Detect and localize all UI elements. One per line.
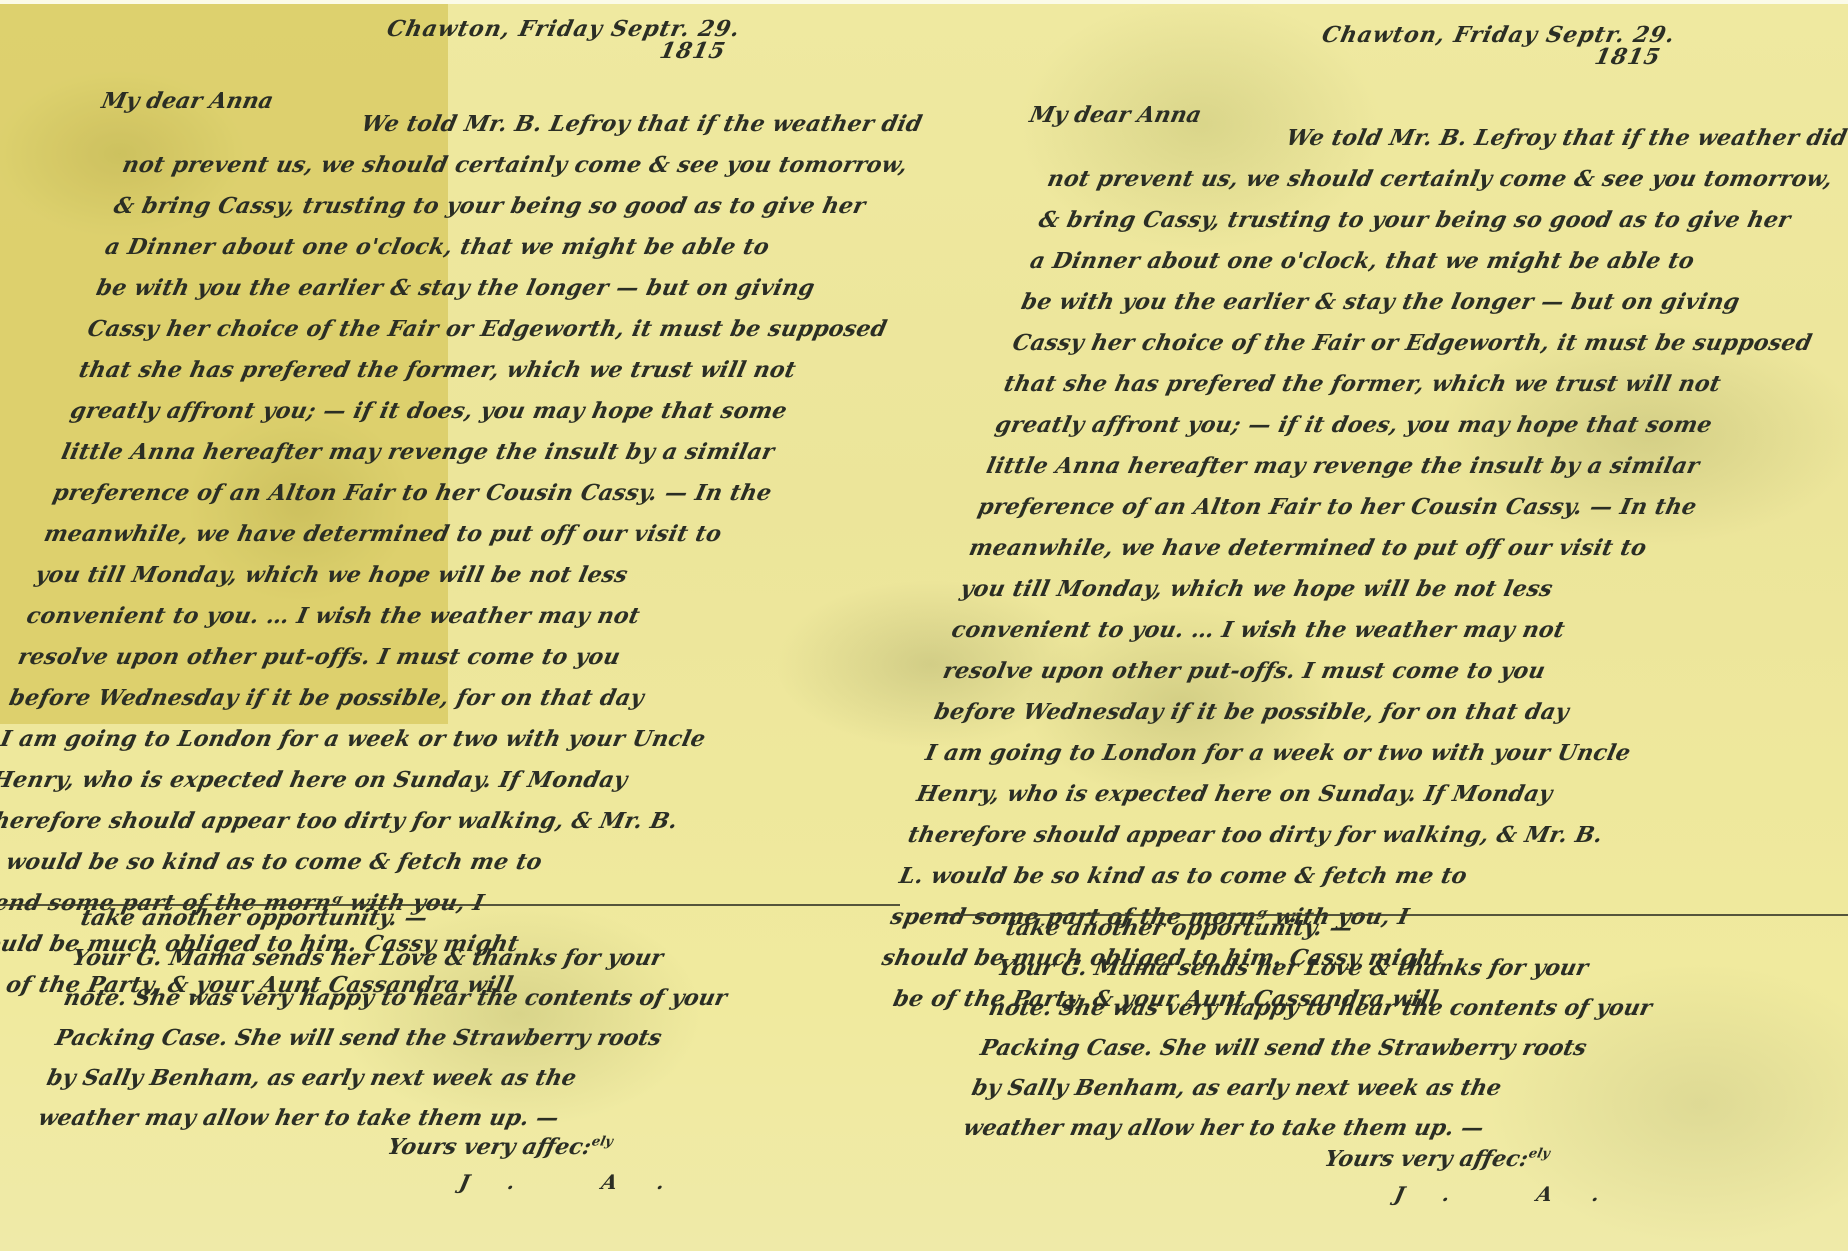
signature: J. A. <box>1392 1182 1641 1206</box>
body-line: not prevent us, we should certainly come… <box>1043 159 1848 200</box>
postscript: take another opportunity. — Your G. Mama… <box>959 908 1672 1148</box>
body-line: & bring Cassy, trusting to your being so… <box>110 186 917 227</box>
body-line: & bring Cassy, trusting to your being so… <box>1035 200 1842 241</box>
body-line: resolve upon other put-offs. I must come… <box>939 651 1746 692</box>
postscript-line: Packing Case. She will send the Strawber… <box>51 1018 722 1058</box>
postscript-line: Your G. Mama sends her Love & thanks for… <box>69 938 740 978</box>
postscript-line: weather may allow her to take them up. — <box>959 1108 1630 1148</box>
postscript-line: weather may allow her to take them up. — <box>34 1098 705 1138</box>
body-line: you till Monday, which we hope will be n… <box>31 555 838 596</box>
body-line: I am going to London for a week or two w… <box>0 719 804 760</box>
body-line: be with you the earlier & stay the longe… <box>1017 282 1824 323</box>
postscript-line: take another opportunity. — <box>77 898 748 938</box>
body-line: a Dinner about one o'clock, that we migh… <box>1026 241 1833 282</box>
body-line: Henry, who is expected here on Sunday. I… <box>0 760 795 801</box>
letter-body: We told Mr. B. Lefroy that if the weathe… <box>869 118 1848 1020</box>
closing: Yours very affec:ely <box>385 1134 614 1160</box>
postscript-line: Packing Case. She will send the Strawber… <box>976 1028 1647 1068</box>
closing-superscript: ely <box>1527 1147 1551 1162</box>
body-line: meanwhile, we have determined to put off… <box>965 528 1772 569</box>
body-line: before Wednesday if it be possible, for … <box>5 678 812 719</box>
dateline: Chawton, Friday Septr. 29. 1815 <box>1315 22 1678 70</box>
body-line: preference of an Alton Fair to her Cousi… <box>974 487 1781 528</box>
body-line: that she has prefered the former, which … <box>75 350 882 391</box>
body-line: Cassy her choice of the Fair or Edgewort… <box>1009 323 1816 364</box>
postscript: take another opportunity. — Your G. Mama… <box>34 898 747 1138</box>
postscript-line: note. She was very happy to hear the con… <box>60 978 731 1018</box>
closing-superscript: ely <box>590 1135 614 1150</box>
body-line: therefore should appear too dirty for wa… <box>0 801 786 842</box>
body-line: greatly affront you; — if it does, you m… <box>66 391 873 432</box>
body-line: L. would be so kind as to come & fetch m… <box>0 842 778 883</box>
body-line: before Wednesday if it be possible, for … <box>930 692 1737 733</box>
body-line: not prevent us, we should certainly come… <box>118 145 925 186</box>
body-line: convenient to you. … I wish the weather … <box>948 610 1755 651</box>
postscript-line: take another opportunity. — <box>1002 908 1673 948</box>
closing-text: Yours very affec: <box>385 1134 593 1160</box>
body-line: resolve upon other put-offs. I must come… <box>14 637 821 678</box>
body-line: Henry, who is expected here on Sunday. I… <box>913 774 1720 815</box>
closing-text: Yours very affec: <box>1322 1146 1530 1172</box>
body-line: therefore should appear too dirty for wa… <box>904 815 1711 856</box>
body-line: meanwhile, we have determined to put off… <box>40 514 847 555</box>
body-line: that she has prefered the former, which … <box>1000 364 1807 405</box>
letter-body: We told Mr. B. Lefroy that if the weathe… <box>0 104 934 1006</box>
body-line: We told Mr. B. Lefroy that if the weathe… <box>1052 118 1848 159</box>
closing: Yours very affec:ely <box>1322 1146 1551 1172</box>
body-line: Cassy her choice of the Fair or Edgewort… <box>84 309 891 350</box>
body-line: greatly affront you; — if it does, you m… <box>991 405 1798 446</box>
body-line: little Anna hereafter may revenge the in… <box>57 432 864 473</box>
postscript-line: note. She was very happy to hear the con… <box>985 988 1656 1028</box>
body-line: a Dinner about one o'clock, that we migh… <box>101 227 908 268</box>
letter-page-left: Chawton, Friday Septr. 29. 1815 My dear … <box>40 0 920 1251</box>
body-line: I am going to London for a week or two w… <box>921 733 1728 774</box>
body-line: little Anna hereafter may revenge the in… <box>982 446 1789 487</box>
postscript-line: by Sally Benham, as early next week as t… <box>968 1068 1639 1108</box>
body-line: preference of an Alton Fair to her Cousi… <box>49 473 856 514</box>
body-line: L. would be so kind as to come & fetch m… <box>895 856 1702 897</box>
body-line: you till Monday, which we hope will be n… <box>956 569 1763 610</box>
body-line: We told Mr. B. Lefroy that if the weathe… <box>127 104 934 145</box>
postscript-line: by Sally Benham, as early next week as t… <box>43 1058 714 1098</box>
body-line: convenient to you. … I wish the weather … <box>23 596 830 637</box>
signature: J. A. <box>457 1170 706 1194</box>
postscript-line: Your G. Mama sends her Love & thanks for… <box>994 948 1665 988</box>
body-line: be with you the earlier & stay the longe… <box>92 268 899 309</box>
letter-page-right: Chawton, Friday Septr. 29. 1815 My dear … <box>975 0 1848 1251</box>
dateline: Chawton, Friday Septr. 29. 1815 <box>380 16 743 64</box>
